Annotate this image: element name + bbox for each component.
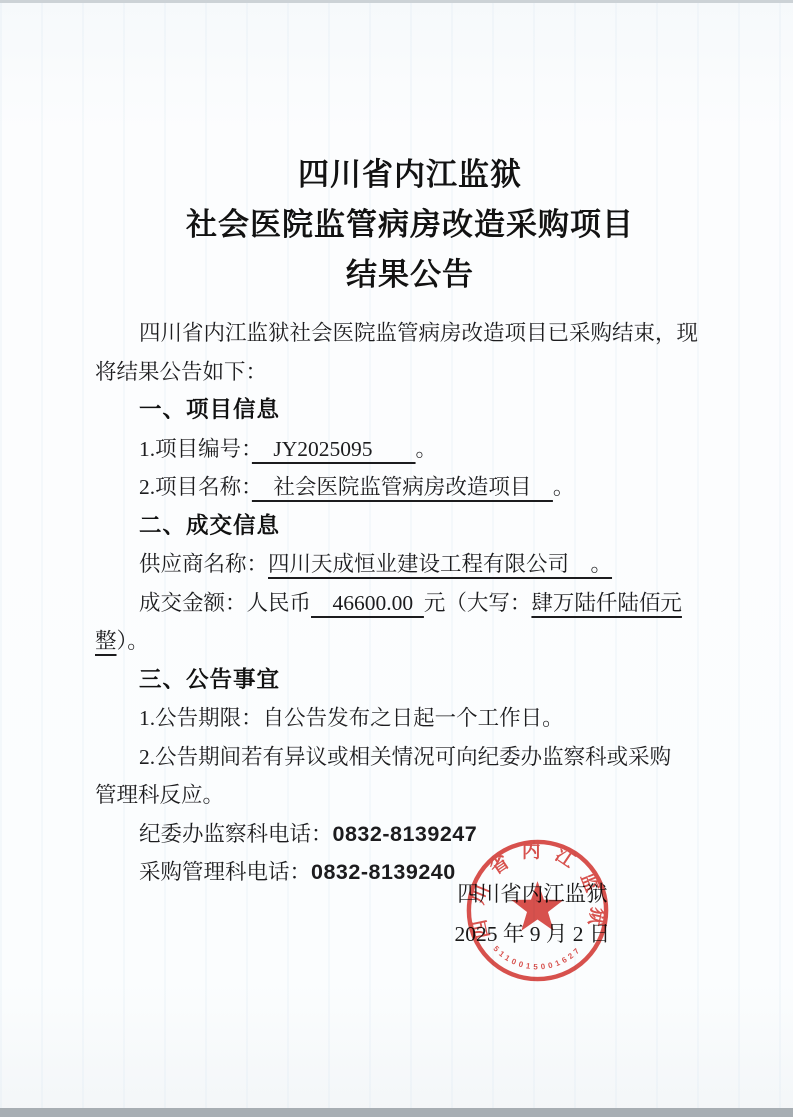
project-name-suffix: 。 xyxy=(553,475,575,499)
document-body: 四川省内江监狱 社会医院监管病房改造采购项目 结果公告 四川省内江监狱社会医院监… xyxy=(95,150,725,892)
objection-line-1: 2.公告期间若有异议或相关情况可向纪委办监察科或采购 xyxy=(95,738,725,777)
intro-line-1: 四川省内江监狱社会医院监管病房改造项目已采购结束，现 xyxy=(95,314,725,353)
amount-mid: 元（大写： xyxy=(424,591,532,615)
document-text: 四川省内江监狱社会医院监管病房改造项目已采购结束，现 将结果公告如下： 一、项目… xyxy=(95,314,725,892)
amount-caps: 肆万陆仟陆佰元 xyxy=(531,591,682,615)
title-line-3: 结果公告 xyxy=(95,250,725,300)
amount-caps-cont: 整 xyxy=(95,629,117,653)
project-name-label: 2.项目名称： xyxy=(139,475,252,499)
amount-line-1: 成交金额：人民币 46600.00 元（大写：肆万陆仟陆佰元 xyxy=(95,584,725,623)
title-line-1: 四川省内江监狱 xyxy=(95,150,725,200)
supplier-line: 供应商名称：四川天成恒业建设工程有限公司 。 xyxy=(95,545,725,584)
project-number-value: JY2025095 xyxy=(252,437,416,461)
official-seal: 四川省内江监狱 5110015001627 xyxy=(464,837,611,984)
project-number-label: 1.项目编号： xyxy=(139,437,252,461)
supplier-value: 四川天成恒业建设工程有限公司 。 xyxy=(268,552,612,576)
project-name-line: 2.项目名称： 社会医院监管病房改造项目 。 xyxy=(95,468,725,507)
objection-line-2: 管理科反应。 xyxy=(95,776,725,815)
amount-line-2: 整）。 xyxy=(95,622,725,661)
seal-star-icon xyxy=(511,881,563,931)
caigou-phone-line: 采购管理科电话：0832-8139240 xyxy=(95,853,725,892)
jiwei-phone-label: 纪委办监察科电话： xyxy=(139,822,333,846)
caigou-phone-number: 0832-8139240 xyxy=(311,860,456,884)
jiwei-phone-number: 0832-8139247 xyxy=(333,822,478,846)
amount-label: 成交金额：人民币 xyxy=(139,591,311,615)
notice-period-line: 1.公告期限：自公告发布之日起一个工作日。 xyxy=(95,699,725,738)
amount-value: 46600.00 xyxy=(311,591,424,615)
project-name-value: 社会医院监管病房改造项目 xyxy=(252,475,553,499)
scan-top-edge xyxy=(0,0,793,3)
project-number-suffix: 。 xyxy=(416,437,438,461)
amount-tail: ）。 xyxy=(117,629,149,653)
section2-heading: 二、成交信息 xyxy=(95,507,725,546)
svg-text:5110015001627: 5110015001627 xyxy=(491,944,583,971)
document-title: 四川省内江监狱 社会医院监管病房改造采购项目 结果公告 xyxy=(95,150,725,300)
scan-bottom-edge xyxy=(0,1108,793,1117)
jiwei-phone-line: 纪委办监察科电话：0832-8139247 xyxy=(95,815,725,854)
section1-heading: 一、项目信息 xyxy=(95,391,725,430)
section3-heading: 三、公告事宜 xyxy=(95,661,725,700)
supplier-label: 供应商名称： xyxy=(139,552,268,576)
seal-serial-number: 5110015001627 xyxy=(491,944,583,971)
intro-line-2: 将结果公告如下： xyxy=(95,353,725,392)
title-line-2: 社会医院监管病房改造采购项目 xyxy=(95,200,725,250)
caigou-phone-label: 采购管理科电话： xyxy=(139,860,311,884)
project-number-line: 1.项目编号： JY2025095 。 xyxy=(95,430,725,469)
